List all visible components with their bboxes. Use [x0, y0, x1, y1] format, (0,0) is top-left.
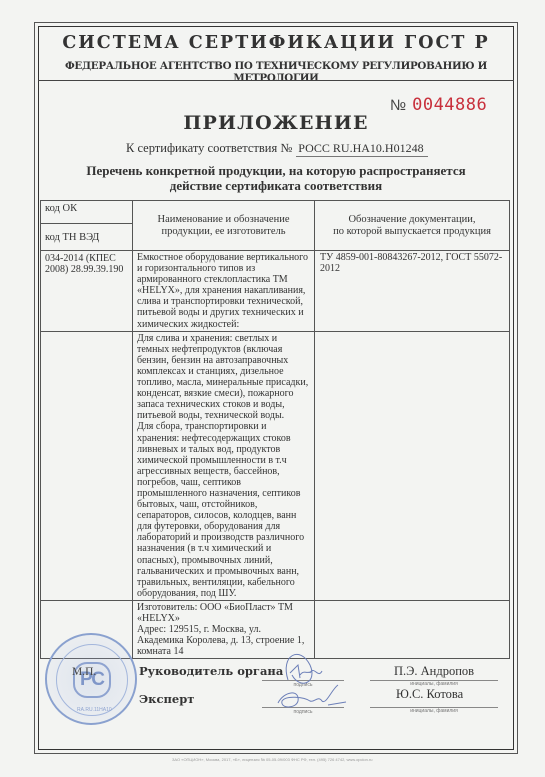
manufacturer: Изготовитель: ООО «БиоПласт» ТМ «HELYX» — [137, 602, 310, 624]
system-title: СИСТЕМА СЕРТИФИКАЦИИ ГОСТ Р — [38, 33, 514, 53]
row-product: Емкостное оборудование вертикального и г… — [133, 251, 315, 332]
certification-stamp: РС RA.RU.11НА10 — [45, 633, 137, 725]
appendix-title: ПРИЛОЖЕНИЕ — [38, 112, 514, 134]
row-documentation — [315, 331, 510, 600]
expert-name-caption: инициалы, фамилия — [370, 708, 498, 714]
stamp-place-mark: М.П. — [72, 666, 96, 678]
head-name: П.Э. Андропов — [394, 664, 474, 679]
table-row: Для слива и хранения: светлых и темных н… — [41, 331, 510, 600]
list-title: Перечень конкретной продукции, на котору… — [38, 163, 514, 193]
row-product-paragraph-1: Для слива и хранения: светлых и темных н… — [137, 333, 310, 422]
signature-scribbles-icon — [270, 645, 350, 717]
head-label: Руководитель органа — [139, 664, 283, 678]
header-code-ok: код ОК — [41, 201, 133, 224]
certificate-reference: К сертификату соответствия №РОСС RU.НА10… — [126, 141, 428, 157]
header-documentation-line-1: Обозначение документации, — [320, 214, 504, 226]
header-code-tnved: код ТН ВЭД — [41, 224, 133, 251]
table-header-row: код ОК Наименование и обозначение продук… — [41, 201, 510, 224]
row-code: 034-2014 (КПЕС 2008) 28.99.39.190 — [41, 251, 133, 332]
header-product-line-2: продукции, ее изготовитель — [137, 226, 310, 238]
product-table: код ОК Наименование и обозначение продук… — [40, 200, 510, 659]
header-documentation-line-2: по которой выпускается продукция — [320, 226, 504, 238]
row-product: Для слива и хранения: светлых и темных н… — [133, 331, 315, 600]
row-code — [41, 331, 133, 600]
header-divider — [38, 80, 514, 81]
expert-label: Эксперт — [139, 692, 194, 706]
list-title-line-2: действие сертификата соответствия — [38, 178, 514, 193]
row-product-paragraph-2: Для сбора, транспортировки и хранения: н… — [137, 421, 310, 599]
header-product: Наименование и обозначение продукции, ее… — [133, 201, 315, 251]
certificate-label: К сертификату соответствия № — [126, 141, 292, 155]
footer-print-info: ЗАО «ОПЦИОН», Москва, 2017, «Б», лицензи… — [172, 757, 373, 762]
header-product-line-1: Наименование и обозначение — [137, 214, 310, 226]
header-documentation: Обозначение документации, по которой вып… — [315, 201, 510, 251]
row-documentation: ТУ 4859-001-80843267-2012, ГОСТ 55072-20… — [315, 251, 510, 332]
stamp-text: RA.RU.11НА10 — [77, 707, 112, 713]
expert-name: Ю.С. Котова — [396, 687, 463, 702]
table-row: 034-2014 (КПЕС 2008) 28.99.39.190 Емкост… — [41, 251, 510, 332]
certificate-number: РОСС RU.НА10.Н01248 — [296, 141, 427, 157]
list-title-line-1: Перечень конкретной продукции, на котору… — [38, 163, 514, 178]
